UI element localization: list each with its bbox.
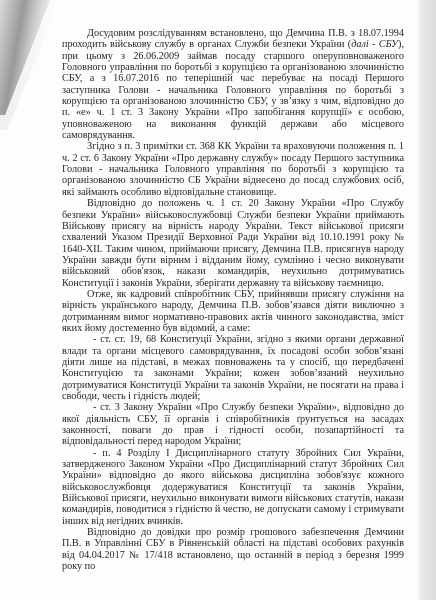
paragraph-text: Відповідно до довідки про розмір грошово… (62, 527, 404, 572)
paragraph-salary-reference: Відповідно до довідки про розмір грошово… (62, 527, 404, 572)
paragraph-position-status: Згідно з п. 3 примітки ст. 368 КК Україн… (62, 141, 404, 198)
paragraph-text: Отже, як кадровий співробітник СБУ, прий… (62, 289, 404, 334)
paragraph-oath: Відповідно до положень ч. 1 ст. 20 Закон… (62, 198, 404, 289)
paragraph-obligations: Отже, як кадровий співробітник СБУ, прий… (62, 289, 404, 334)
abbreviation-italic: далі - СБУ (351, 39, 398, 50)
list-item-text: - п. 4 Розділу I Дисциплінарного статуту… (62, 448, 404, 527)
list-item-disciplinary-statute: - п. 4 Розділу I Дисциплінарного статуту… (62, 448, 404, 527)
paragraph-text: ), при цьому з 26.06.2009 займав посаду … (62, 39, 404, 141)
list-item-sbu-law: - ст. 3 Закону України «Про Службу безпе… (62, 402, 404, 447)
list-item-text: - ст. 3 Закону України «Про Службу безпе… (62, 402, 404, 447)
paragraph-text: Згідно з п. 3 примітки ст. 368 КК Україн… (62, 141, 404, 197)
page-curl-corner (0, 0, 50, 115)
list-item-text: - ст. ст. 19, 68 Конституції України, зг… (62, 334, 404, 402)
document-page: Досудовим розслідуванням встановлено, що… (0, 0, 436, 600)
paragraph-text: Відповідно до положень ч. 1 ст. 20 Закон… (62, 198, 404, 288)
list-item-constitution: - ст. ст. 19, 68 Конституції України, зг… (62, 334, 404, 402)
page-right-edge (416, 0, 436, 600)
document-body: Досудовим розслідуванням встановлено, що… (62, 28, 404, 573)
paragraph-investigation: Досудовим розслідуванням встановлено, що… (62, 28, 404, 141)
